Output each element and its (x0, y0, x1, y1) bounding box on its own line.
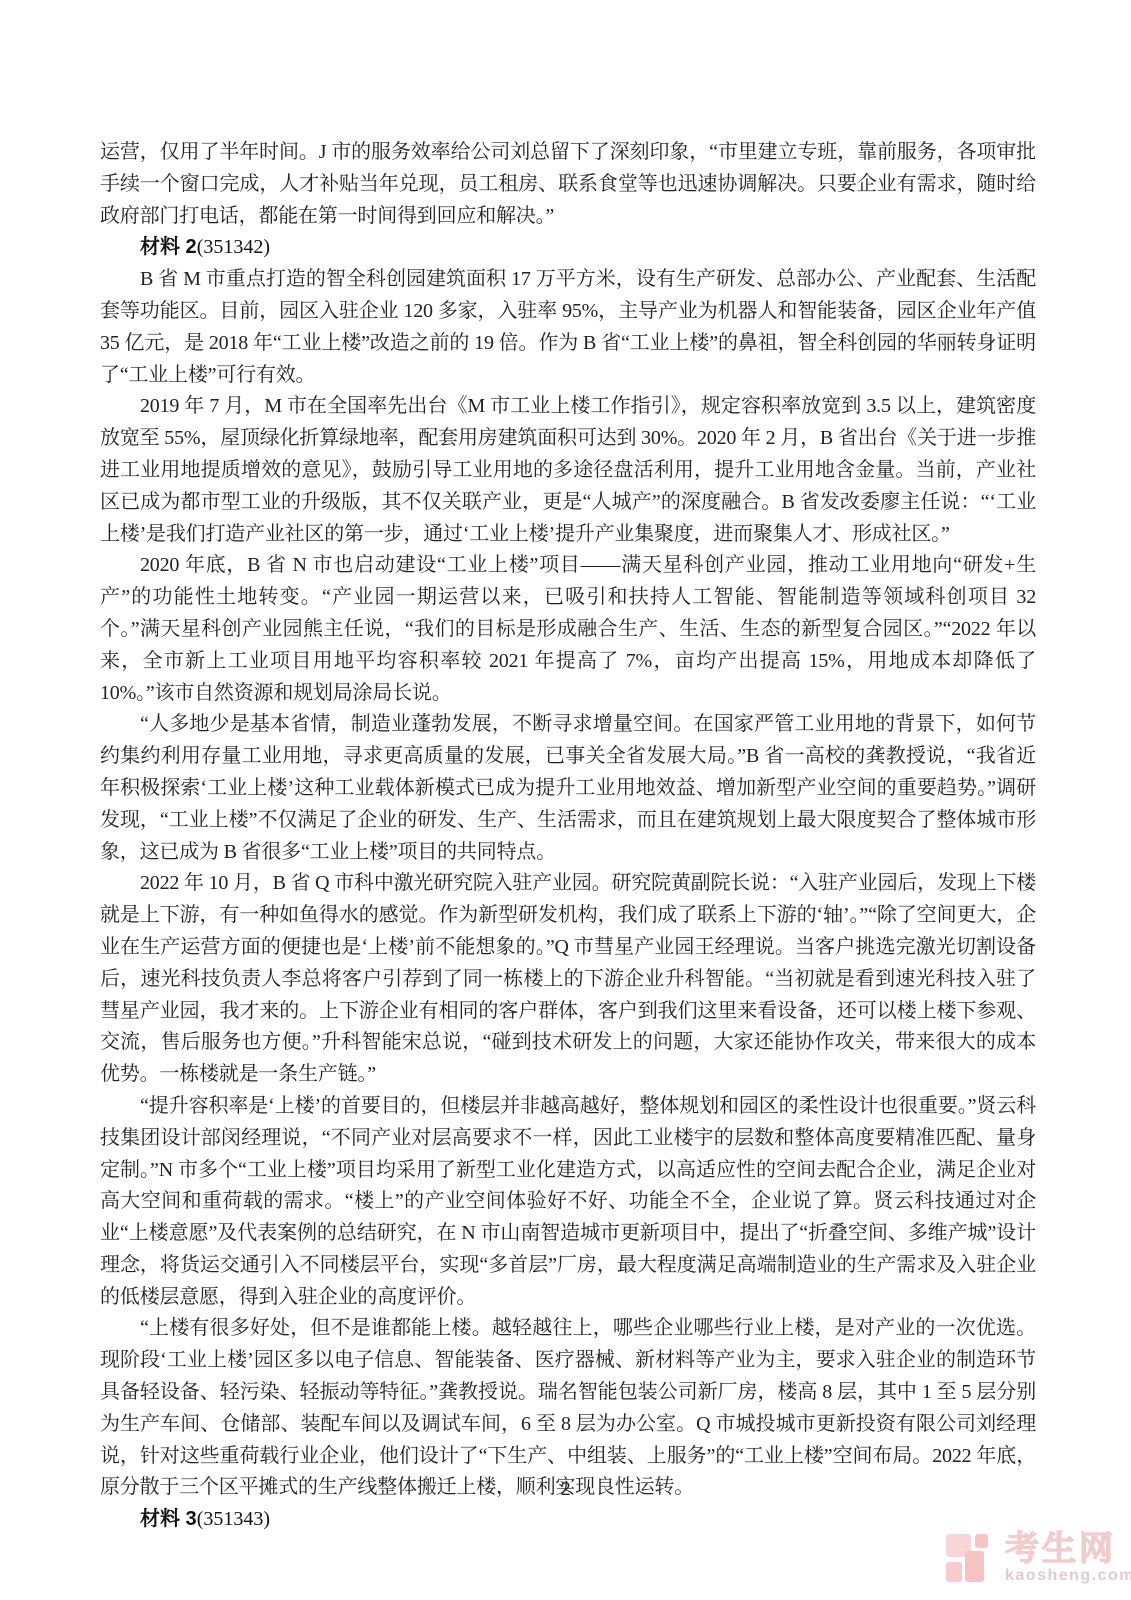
watermark-text: 考生网 kaosheng.com (1005, 1531, 1131, 1585)
kaosheng-logo-icon (946, 1531, 992, 1583)
body-paragraph: 2019 年 7 月，M 市在全国率先出台《M 市工业上楼工作指引》，规定容积率… (100, 391, 1036, 550)
body-paragraph: “人多地少是基本省情，制造业蓬勃发展，不断寻求增量空间。在国家严管工业用地的背景… (100, 709, 1036, 868)
material-3-number: (351343) (197, 1508, 270, 1530)
body-paragraph: “提升容积率是‘上楼’的首要目的，但楼层并非越高越好，整体规划和园区的柔性设计也… (100, 1091, 1036, 1314)
body-paragraph: B 省 M 市重点打造的智全科创园建筑面积 17 万平方米，设有生产研发、总部办… (100, 264, 1036, 391)
body-paragraph: 2022 年 10 月，B 省 Q 市科中激光研究院入驻产业园。研究院黄副院长说… (100, 868, 1036, 1091)
body-paragraph: 运营，仅用了半年时间。J 市的服务效率给公司刘总留下了深刻印象，“市里建立专班，… (100, 137, 1036, 232)
document-body: 运营，仅用了半年时间。J 市的服务效率给公司刘总留下了深刻印象，“市里建立专班，… (100, 137, 1036, 1536)
page-number: 2 (0, 1479, 1131, 1500)
watermark-brand: 考生网 (1005, 1531, 1116, 1567)
logo-block-top-right (975, 1534, 988, 1548)
material-2-label: 材料 2 (140, 236, 197, 258)
material-3-label: 材料 3 (140, 1508, 197, 1530)
document-page: 运营，仅用了半年时间。J 市的服务效率给公司刘总留下了深刻印象，“市里建立专班，… (0, 0, 1131, 1600)
logo-block-bottom-right (965, 1551, 984, 1582)
watermark-domain: kaosheng.com (1005, 1567, 1131, 1585)
kaosheng-watermark: 考生网 kaosheng.com (946, 1531, 1131, 1585)
material-2-number: (351342) (197, 236, 270, 258)
body-paragraph: 2020 年底，B 省 N 市也启动建设“工业上楼”项目——满天星科创产业园，推… (100, 550, 1036, 709)
material-2-heading: 材料 2(351342) (100, 232, 1036, 264)
logo-block-bottom-left (946, 1562, 962, 1582)
body-paragraph: “上楼有很多好处，但不是谁都能上楼。越轻越往上，哪些企业哪些行业上楼，是对产业的… (100, 1313, 1036, 1504)
material-3-heading: 材料 3(351343) (100, 1504, 1036, 1536)
